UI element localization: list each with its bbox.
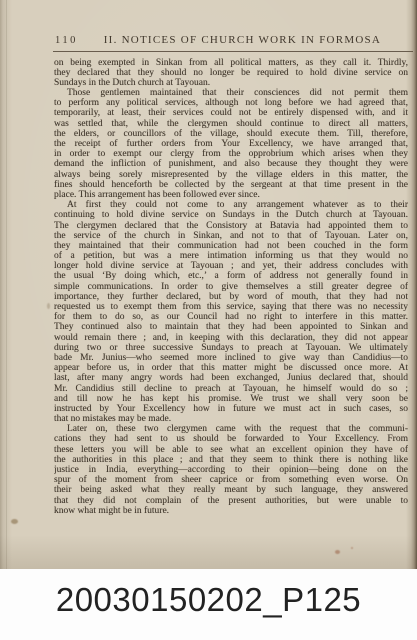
text-line: At first they could not come to any arra…: [54, 200, 408, 210]
text-line: the elders, or councillors of the villag…: [54, 129, 408, 139]
text-line: instructed by Your Excellency how in fut…: [54, 404, 408, 414]
text-line: Later on, these two clergymen came with …: [54, 424, 408, 434]
text-line: on being exempted in Sinkan from all pol…: [54, 58, 408, 68]
page-right-edge-shadow: [406, 0, 417, 569]
paper-speck: [47, 303, 50, 309]
paper-speck: [351, 547, 353, 549]
text-line: continuing to hold divine service on Sun…: [54, 210, 408, 220]
text-line: they declared that they should no longer…: [54, 68, 408, 78]
page-left-edge-streak: [6, 0, 7, 569]
text-line: appear before us, in order that this mat…: [54, 363, 408, 373]
book-page: 110 II. NOTICES OF CHURCH WORK IN FORMOS…: [0, 0, 417, 569]
text-line: fines should henceforth be collected by …: [54, 180, 408, 190]
text-line: demand the infliction of punishment, and…: [54, 159, 408, 169]
text-line: the authorities in this place ; and that…: [54, 455, 408, 465]
text-line: their being asked what they really meant…: [54, 485, 408, 495]
text-line: importance, they further declared, but b…: [54, 292, 408, 302]
running-title: II. NOTICES OF CHURCH WORK IN FORMOSA: [78, 34, 407, 46]
text-line: that they did not complain of the presen…: [54, 496, 408, 506]
page-body: on being exempted in Sinkan from all pol…: [54, 58, 408, 516]
text-line: The clergymen declared that the Consisto…: [54, 221, 408, 231]
text-line: last, after many angry words had been ex…: [54, 373, 408, 383]
text-line: the usual ‘By doing which, etc.,’ a form…: [54, 271, 408, 281]
text-line: was settled that, while the clergymen sh…: [54, 119, 408, 129]
text-line: justice in India, everything—according t…: [54, 465, 408, 475]
text-line: requested us to exempt them from this se…: [54, 302, 408, 312]
text-line: to perform any political services, altho…: [54, 98, 408, 108]
text-line: in order to exempt our clergy from the o…: [54, 149, 408, 159]
text-line: these letters you will be able to see wh…: [54, 445, 408, 455]
text-line: simple communications. In order to give …: [54, 282, 408, 292]
text-line: place. This arrangement has been followe…: [54, 190, 408, 200]
text-line: know what might be in future.: [54, 506, 408, 516]
text-line: Those gentlemen maintained that their co…: [54, 88, 408, 98]
text-line: Sundays in the Dutch church at Tayouan.: [54, 78, 408, 88]
text-line: temporarily, at least, their services co…: [54, 108, 408, 118]
text-line: and till now he has kept his promise. We…: [54, 394, 408, 404]
text-line: during two or three successive Sundays t…: [54, 343, 408, 353]
footer-strip: 20030150202_P125: [0, 569, 417, 640]
paper-speck: [335, 550, 340, 554]
paper-speck: [11, 519, 18, 524]
scanned-document: 110 II. NOTICES OF CHURCH WORK IN FORMOS…: [0, 0, 417, 640]
text-line: spur of the moment from sheer caprice or…: [54, 475, 408, 485]
header-rule: [53, 51, 413, 52]
page-header: 110 II. NOTICES OF CHURCH WORK IN FORMOS…: [55, 34, 407, 46]
text-line: of a petition, but was a mere intimation…: [54, 251, 408, 261]
text-line: bade Mr. Junius—who seemed more inclined…: [54, 353, 408, 363]
page-number: 110: [55, 35, 78, 46]
text-line: they maintained that their communication…: [54, 241, 408, 251]
text-line: They continued also to maintain that the…: [54, 322, 408, 332]
text-line: that no mistakes may be made.: [54, 414, 408, 424]
text-line: longer hold divine service at Tayouan ; …: [54, 261, 408, 271]
text-line: cations they had sent to us should be fo…: [54, 434, 408, 444]
scan-id: 20030150202_P125: [56, 581, 361, 619]
text-line: would remain there ; and, in keeping wit…: [54, 333, 408, 343]
text-line: the service of the church in Sinkan, and…: [54, 231, 408, 241]
text-line: always being sorely misrepresented by th…: [54, 170, 408, 180]
text-line: for them to do so, as our Council had no…: [54, 312, 408, 322]
text-line: Mr. Candidius still decline to preach at…: [54, 384, 408, 394]
text-line: the receipt of further orders from Your …: [54, 139, 408, 149]
